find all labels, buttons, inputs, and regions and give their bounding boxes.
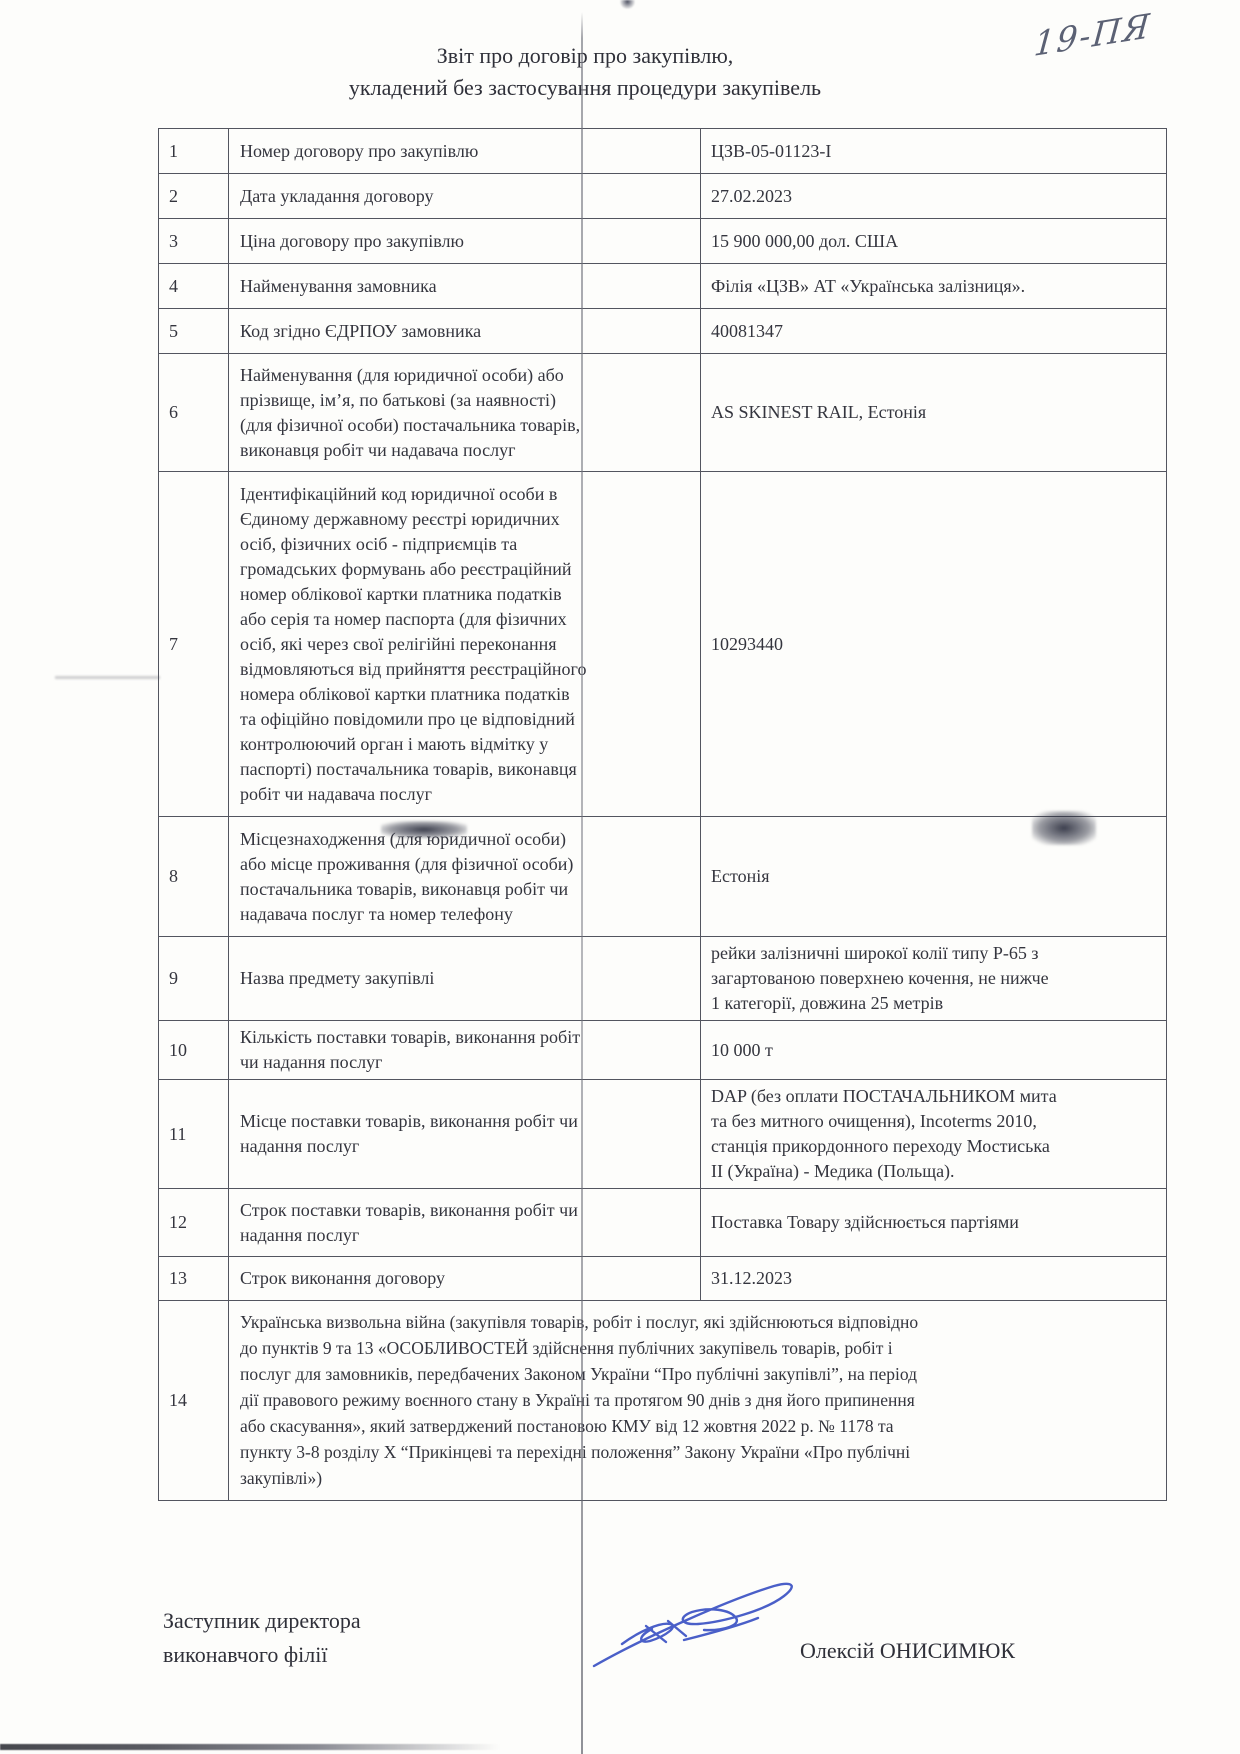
signature-block: Заступник директора виконавчого філії Ол… bbox=[0, 1596, 1240, 1716]
row-value: 40081347 bbox=[701, 309, 1167, 354]
row-number: 4 bbox=[159, 264, 229, 309]
row-number: 9 bbox=[159, 937, 229, 1021]
ink-smudge bbox=[620, 0, 635, 9]
row-label: Строк виконання договору bbox=[229, 1257, 701, 1301]
scanned-procurement-report-page: 19-ПЯ Звіт про договір про закупівлю, ук… bbox=[0, 0, 1240, 1754]
row-number: 2 bbox=[159, 174, 229, 219]
table-row: 8 Місцезнаходження (для юридичної особи)… bbox=[159, 817, 1167, 937]
row-label-text: Місцезнаходження (для юридичної особи) а… bbox=[240, 829, 573, 924]
row-value: 27.02.2023 bbox=[701, 174, 1167, 219]
table-row: 7 Ідентифікаційний код юридичної особи в… bbox=[159, 472, 1167, 817]
row-label: Строк поставки товарів, виконання робіт … bbox=[229, 1189, 701, 1257]
row-label: Номер договору про закупівлю bbox=[229, 129, 701, 174]
row-number: 14 bbox=[159, 1301, 229, 1501]
table-row: 2 Дата укладання договору 27.02.2023 bbox=[159, 174, 1167, 219]
ink-smudge bbox=[1032, 811, 1096, 845]
row-label: Місце поставки товарів, виконання робіт … bbox=[229, 1080, 701, 1189]
row-value: AS SKINEST RAIL, Естонія bbox=[701, 354, 1167, 472]
row-value: Філія «ЦЗВ» АТ «Українська залізниця». bbox=[701, 264, 1167, 309]
document-title: Звіт про договір про закупівлю, укладени… bbox=[85, 40, 1085, 104]
scan-edge-bar bbox=[0, 1744, 510, 1750]
row-label: Назва предмету закупівлі bbox=[229, 937, 701, 1021]
table-row: 5 Код згідно ЄДРПОУ замовника 40081347 bbox=[159, 309, 1167, 354]
row-merged-text: Українська визвольна війна (закупівля то… bbox=[229, 1301, 1167, 1501]
signatory-role: Заступник директора виконавчого філії bbox=[163, 1604, 361, 1672]
row-value: Поставка Товару здійснюється партіями bbox=[701, 1189, 1167, 1257]
row-value: ЦЗВ-05-01123-І bbox=[701, 129, 1167, 174]
row-number: 1 bbox=[159, 129, 229, 174]
row-value: Естонія bbox=[701, 817, 1167, 937]
row-value: 10293440 bbox=[701, 472, 1167, 817]
report-table: 1 Номер договору про закупівлю ЦЗВ-05-01… bbox=[158, 128, 1167, 1501]
handwritten-note: 19-ПЯ bbox=[1030, 0, 1223, 86]
row-number: 5 bbox=[159, 309, 229, 354]
row-number: 3 bbox=[159, 219, 229, 264]
row-label: Код згідно ЄДРПОУ замовника bbox=[229, 309, 701, 354]
table-row: 9 Назва предмету закупівлі рейки залізни… bbox=[159, 937, 1167, 1021]
table-row: 12 Строк поставки товарів, виконання роб… bbox=[159, 1189, 1167, 1257]
row-number: 8 bbox=[159, 817, 229, 937]
signatory-name: Олексій ОНИСИМЮК bbox=[800, 1638, 1015, 1664]
table-row: 3 Ціна договору про закупівлю 15 900 000… bbox=[159, 219, 1167, 264]
row-value: 10 000 т bbox=[701, 1021, 1167, 1080]
row-number: 7 bbox=[159, 472, 229, 817]
row-label: Ціна договору про закупівлю bbox=[229, 219, 701, 264]
table-row: 6 Найменування (для юридичної особи) або… bbox=[159, 354, 1167, 472]
row-value: рейки залізничні широкої колії типу Р-65… bbox=[701, 937, 1167, 1021]
row-value: DAP (без оплати ПОСТАЧАЛЬНИКОМ мита та б… bbox=[701, 1080, 1167, 1189]
row-number: 12 bbox=[159, 1189, 229, 1257]
row-number: 6 bbox=[159, 354, 229, 472]
row-number: 11 bbox=[159, 1080, 229, 1189]
table-row: 10 Кількість поставки товарів, виконання… bbox=[159, 1021, 1167, 1080]
row-label: Найменування замовника bbox=[229, 264, 701, 309]
row-value: 15 900 000,00 дол. США bbox=[701, 219, 1167, 264]
table-row: 11 Місце поставки товарів, виконання роб… bbox=[159, 1080, 1167, 1189]
table-row: 13 Строк виконання договору 31.12.2023 bbox=[159, 1257, 1167, 1301]
row-value-text: Естонія bbox=[711, 866, 770, 886]
row-number: 13 bbox=[159, 1257, 229, 1301]
row-number: 10 bbox=[159, 1021, 229, 1080]
row-label: Кількість поставки товарів, виконання ро… bbox=[229, 1021, 701, 1080]
table-row: 4 Найменування замовника Філія «ЦЗВ» АТ … bbox=[159, 264, 1167, 309]
row-label: Місцезнаходження (для юридичної особи) а… bbox=[229, 817, 701, 937]
row-label: Найменування (для юридичної особи) або п… bbox=[229, 354, 701, 472]
row-label: Ідентифікаційний код юридичної особи в Є… bbox=[229, 472, 701, 817]
table-row: 1 Номер договору про закупівлю ЦЗВ-05-01… bbox=[159, 129, 1167, 174]
table-row: 14 Українська визвольна війна (закупівля… bbox=[159, 1301, 1167, 1501]
row-value: 31.12.2023 bbox=[701, 1257, 1167, 1301]
scan-streak bbox=[55, 676, 160, 679]
row-label: Дата укладання договору bbox=[229, 174, 701, 219]
